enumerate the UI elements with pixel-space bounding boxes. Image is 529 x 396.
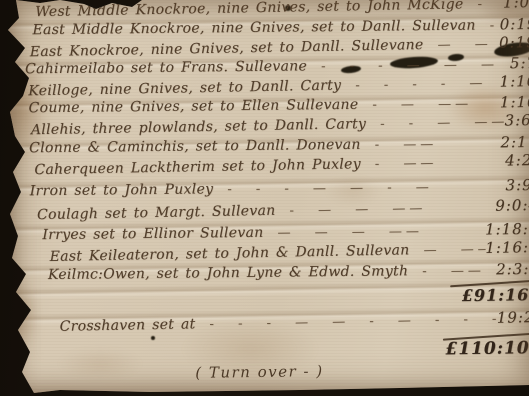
entry-text: Clonne & Caminchis, set to Danll. Doneva…: [29, 137, 361, 156]
entry-text: Irryes set to Ellinor Sullevan: [42, 225, 263, 243]
dash-leaders: — — — ——: [263, 223, 485, 240]
amount-value: 1:16:6: [485, 238, 529, 257]
subtotal-amount: £91:16:: [462, 285, 529, 305]
total-amount: £110:10:: [445, 338, 529, 359]
dash-leaders: - — — ——: [275, 200, 495, 219]
ledger-line: Crosshaven set at - - - — — - — - - - — …: [59, 308, 529, 335]
dash-leaders: - - — ——: [366, 115, 505, 133]
amount-value: 1:10: [500, 93, 529, 111]
dash-leaders: - - —: [463, 0, 503, 12]
ledger-line: Coulagh set to Margt. Sullevan - — — —— …: [37, 196, 529, 223]
amount-value: 9:0:4: [495, 196, 529, 215]
dash-leaders: - - - - —: [341, 76, 500, 94]
dash-leaders: - - - — — — —: [307, 57, 510, 74]
amount-value: 1:18:1: [485, 220, 529, 239]
amount-value: 2:3:9: [496, 260, 529, 278]
dash-leaders: — ——: [409, 242, 485, 258]
amount-value: 3:6:: [504, 111, 529, 130]
photo-background: West Middle Knockroe, nine Gnives, set t…: [0, 0, 529, 396]
turn-over-note: ( Turn over - ): [195, 362, 324, 382]
entry-text: Caherqueen Lacktherim set to John Puxley: [34, 156, 361, 178]
ledger-text-block: West Middle Knockroe, nine Gnives, set t…: [0, 0, 529, 396]
entry-text: Irron set to John Puxley: [30, 181, 214, 199]
dash-leaders: — — ——: [423, 37, 499, 53]
manuscript-page: West Middle Knockroe, nine Gnives, set t…: [0, 0, 529, 396]
entry-text: Coume, nine Gnives, set to Ellen Sulleva…: [28, 97, 358, 116]
amount-value: 0:19:: [500, 15, 529, 33]
entry-text: Cahirmeilabo set to Frans. Sullevane: [25, 58, 307, 77]
dash-leaders: - - -: [476, 18, 500, 33]
entry-text: Crosshaven set at: [59, 316, 195, 334]
entry-text: Coulagh set to Margt. Sullevan: [37, 203, 276, 223]
dash-leaders: - ——: [361, 155, 506, 173]
amount-value: 2:17: [500, 133, 529, 151]
amount-value: 3:9:: [505, 176, 529, 194]
dash-leaders: - ——: [408, 263, 496, 279]
amount-value: 19:2:: [497, 308, 529, 327]
amount-value: 4:2:: [505, 151, 529, 170]
amount-value: 1:16: [499, 72, 529, 91]
dash-leaders: - - - — — - —: [213, 179, 505, 197]
amount-value: 1:0:: [503, 0, 529, 12]
dash-leaders: - — ——: [358, 96, 500, 112]
ledger-line: Irron set to John Puxley - - - — — - — 3…: [30, 176, 529, 199]
dash-leaders: - - - — — - — - - - — - -: [195, 312, 497, 333]
amount-value: 0:19: [499, 33, 529, 52]
ledger-line: Keilmc:Owen, set to John Lyne & Edwd. Sm…: [48, 260, 529, 283]
amount-value: 5:7: [510, 54, 529, 72]
dash-leaders: - ——: [361, 136, 501, 152]
entry-text: Keilmc:Owen, set to John Lyne & Edwd. Sm…: [48, 263, 409, 283]
